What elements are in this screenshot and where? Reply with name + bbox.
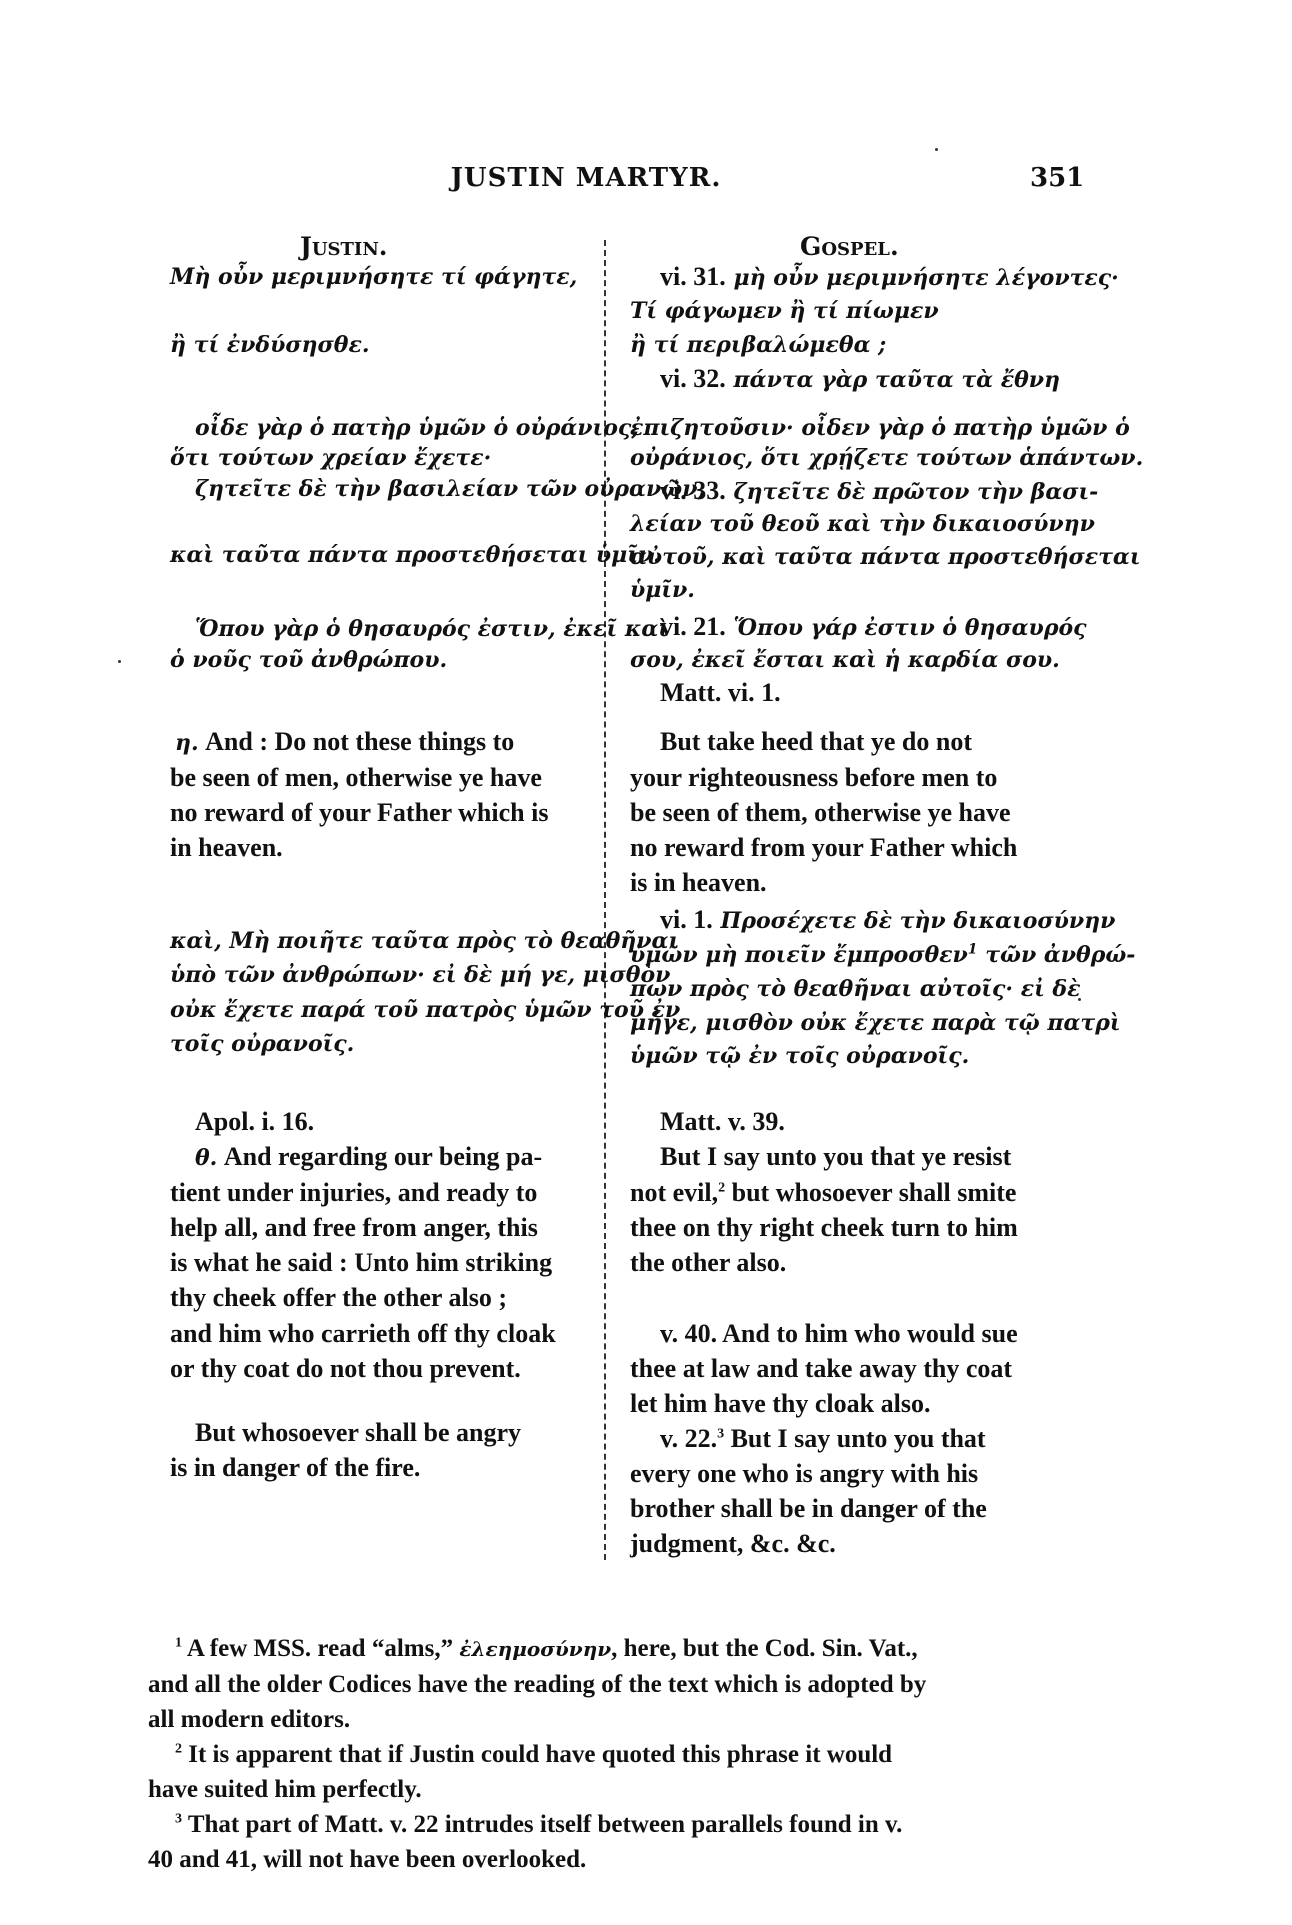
greek-line: καὶ, Μὴ ποιῆτε ταῦτα πρὸς τὸ θεαθῆναι [170,926,679,956]
english-line: or thy coat do not thou prevent. [170,1354,521,1384]
print-speck [935,148,938,151]
greek-line: ὁ νοῦς τοῦ ἀνθρώπου. [170,645,447,675]
english-line: not evil,2 but whosoever shall smite [630,1178,1016,1208]
english-line: is in heaven. [630,868,767,898]
greek-line: ὑμῶν τῷ ἐν τοῖς οὐρανοῖς. [630,1041,969,1071]
verse-ref: vi. 21. [660,612,726,641]
greek-line: πων πρὸς τὸ θεαθῆναι αὐτοῖς· εἰ δὲ [630,974,1080,1004]
greek-line: Τί φάγωμεν ἢ τί πίωμεν [630,296,939,326]
greek-line: ὑπὸ τῶν ἀνθρώπων· εἰ δὲ μή γε, μισθὸν [170,960,670,990]
english-line: η. And : Do not these things to [175,727,514,758]
verse-line: vi. 21. Ὅπου γάρ ἐστιν ὁ θησαυρός [660,612,1087,643]
verse-ref: vi. 1. [660,905,713,934]
right-column-heading: Gospel. [800,232,899,261]
english-line: thee at law and take away thy coat [630,1354,1012,1384]
english-line: and him who carrieth off thy cloak [170,1319,556,1349]
english-line: let him have thy cloak also. [630,1389,930,1419]
reference-matt-vi-1: Matt. vi. 1. [660,678,781,708]
english-line: thee on thy right cheek turn to him [630,1213,1018,1243]
greek-line: καὶ ταῦτα πάντα προστεθήσεται ὑμῖν. [170,540,661,570]
english-line: But whosoever shall be angry [195,1418,521,1448]
english-line: tient under injuries, and ready to [170,1178,537,1208]
footnote-2-cont: have suited him perfectly. [148,1775,422,1805]
page-number: 351 [1030,163,1084,193]
footnote-2: 2 It is apparent that if Justin could ha… [175,1740,892,1770]
english-line: your righteousness before men to [630,763,997,793]
verse-line: vi. 32. πάντα γὰρ ταῦτα τὰ ἔθνη [660,364,1060,395]
verse-ref: v. 22. [660,1424,717,1453]
left-column-heading: Justin. [300,232,388,261]
footnote-ref-3[interactable]: 3 [717,1426,724,1441]
english-line: no reward of your Father which is [170,798,548,828]
footnote-1-cont: and all the older Codices have the readi… [148,1670,926,1700]
english-line: But I say unto you that ye resist [660,1142,1011,1172]
greek-line: Μὴ οὖν μεριμνήσητε τί φάγητε, [170,262,577,292]
verse-ref: v. 40. [660,1319,717,1348]
greek-line: ὅτι τούτων χρείαν ἔχετε· [170,443,491,473]
greek-line: οἶδε γὰρ ὁ πατὴρ ὑμῶν ὁ οὐράνιος, [195,413,639,443]
verse-line: vi. 31. μὴ οὖν μεριμνήσητε λέγοντες· [660,262,1119,293]
english-line: judgment, &c. &c. [630,1529,836,1559]
english-line: help all, and free from anger, this [170,1213,538,1243]
reference-apology: Apol. i. 16. [195,1107,314,1137]
greek-line: αὐτοῦ, καὶ ταῦτα πάντα προστεθήσεται [630,542,1141,572]
english-line: brother shall be in danger of the [630,1494,987,1524]
footnote-1: 1 A few MSS. read “alms,” ἐλεημοσύνην, h… [175,1634,918,1664]
greek-line: ἐπιζητοῦσιν· οἶδεν γὰρ ὁ πατὴρ ὑμῶν ὁ [630,413,1130,443]
english-line: the other also. [630,1248,786,1278]
print-speck [118,660,121,663]
english-line: v. 22.3 But I say unto you that [660,1424,986,1454]
greek-line: ζητεῖτε δὲ τὴν βασιλείαν τῶν οὐρανῶν, [195,474,705,504]
section-marker-eta: η. [175,730,199,756]
greek-line: ἢ τί ἐνδύσησθε. [170,330,369,360]
greek-line: ὑμῖν. [630,575,695,605]
section-marker-theta: θ. [195,1145,217,1171]
english-line: thy cheek offer the other also ; [170,1283,507,1313]
verse-ref: vi. 31. [660,262,726,291]
verse-line: vi. 1. Προσέχετε δὲ τὴν δικαιοσύνην [660,905,1115,936]
english-line: is what he said : Unto him striking [170,1248,552,1278]
english-line: be seen of men, otherwise ye have [170,763,542,793]
english-line: be seen of them, otherwise ye have [630,798,1011,828]
footnote-3-cont: 40 and 41, will not have been overlooked… [148,1845,586,1875]
footnote-3: 3 That part of Matt. v. 22 intrudes itse… [175,1810,902,1840]
english-line: But take heed that ye do not [660,727,972,757]
greek-line: λείαν τοῦ θεοῦ καὶ τὴν δικαιοσύνην [630,509,1095,539]
greek-line: τοῖς οὐρανοῖς. [170,1029,354,1059]
greek-line: Ὅπου γὰρ ὁ θησαυρός ἐστιν, ἐκεῖ καὶ [195,614,669,644]
verse-ref: vi. 32. [660,364,726,393]
english-line: in heaven. [170,833,283,863]
greek-line: μήγε, μισθὸν οὐκ ἔχετε παρὰ τῷ πατρὶ [630,1008,1120,1038]
greek-line: σου, ἐκεῖ ἔσται καὶ ἡ καρδία σου. [630,645,1060,675]
english-line: every one who is angry with his [630,1459,978,1489]
greek-line: οὐράνιος, ὅτι χρῄζετε τούτων ἁπάντων. [630,443,1143,473]
verse-ref: vi. 33. [660,476,726,505]
english-line: v. 40. And to him who would sue [660,1319,1018,1349]
reference-matt-v-39: Matt. v. 39. [660,1107,785,1137]
footnote-1-cont: all modern editors. [148,1705,350,1735]
greek-line: ἢ τί περιβαλώμεθα ; [630,330,886,360]
book-page: JUSTIN MARTYR. 351 Justin. Gospel. Μὴ οὖ… [0,0,1292,1925]
english-line: is in danger of the fire. [170,1453,420,1483]
verse-line: vi. 33. ζητεῖτε δὲ πρῶτον τὴν βασι- [660,476,1098,507]
greek-line: ὑμῶν μὴ ποιεῖν ἔμπροσθεν1 τῶν ἀνθρώ- [630,940,1135,970]
english-line: θ. And regarding our being pa- [195,1142,542,1173]
footnote-ref-1[interactable]: 1 [968,942,978,958]
greek-line: οὐκ ἔχετε παρά τοῦ πατρὸς ὑμῶν τοῦ ἐν [170,995,680,1025]
english-line: no reward from your Father which [630,833,1017,863]
